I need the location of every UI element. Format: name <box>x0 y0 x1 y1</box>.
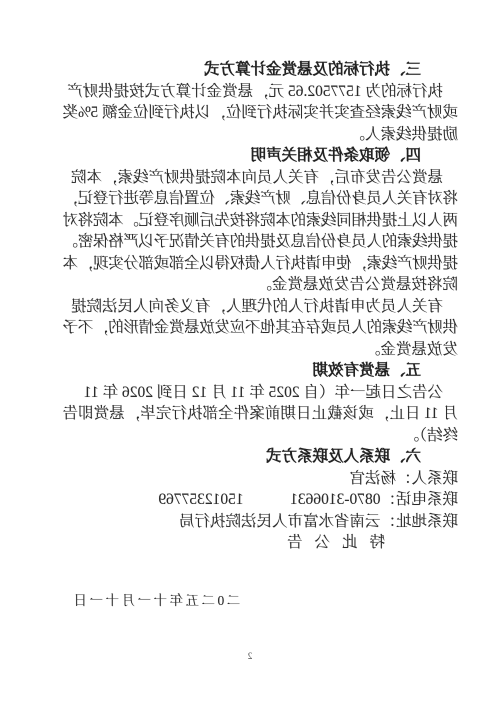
paragraph-line: 有关人员为申请执行人的代理人，有义务向人民法院提 <box>63 296 458 318</box>
paragraph-line: 供财产线索的人员或存在其他不应发放悬赏金情形的，不予 <box>63 317 458 339</box>
closing-line: 特此公告 <box>63 532 458 554</box>
paragraph-line: 将对有关人员身份信息、财产线索、位置信息等进行登记， <box>63 188 458 210</box>
document-body: 三、执行标的及悬赏金计算方式执行标的为 1577502.65 元，悬赏金计算方式… <box>63 59 458 611</box>
paragraph-line: 两人以上提供相同线索的本院将按先后顺序登记。本院将对 <box>63 210 458 232</box>
mirrored-scan-content: 三、执行标的及悬赏金计算方式执行标的为 1577502.65 元，悬赏金计算方式… <box>0 0 500 707</box>
paragraph-line: 悬赏公告发布后，有关人员向本院提供财产线索，本院 <box>63 167 458 189</box>
paragraph-line: 提供线索的人员身份信息及提供的有关情况予以严格保密。 <box>63 231 458 253</box>
page-number: 2 <box>0 650 500 662</box>
paragraph-line: 励提供线索人。 <box>63 124 458 146</box>
contact-line: 联系电话：0870-3106631 15012357769 <box>63 489 458 511</box>
section-heading: 六、联系人及联系方式 <box>63 446 458 468</box>
scanned-document-page: 三、执行标的及悬赏金计算方式执行标的为 1577502.65 元，悬赏金计算方式… <box>0 0 500 707</box>
paragraph-line: 提供财产线索，使申请执行人债权得以全部或部分实现，本 <box>63 253 458 275</box>
paragraph-line: 执行标的为 1577502.65 元，悬赏金计算方式按提供财产 <box>63 81 458 103</box>
section-heading: 四、领取条件及相关声明 <box>63 145 458 167</box>
paragraph-line: 终结）。 <box>63 425 458 447</box>
contact-line: 联系地址：云南省水富市人民法院执行局 <box>63 511 458 533</box>
paragraph-line: 发放悬赏金。 <box>63 339 458 361</box>
paragraph-line: 月 11 日止，或该截止日期前案件全部执行完毕，悬赏即告 <box>63 403 458 425</box>
date-line: 二0二五年十一月十一日 <box>63 590 458 612</box>
paragraph-line: 公告之日起一年（自 2025 年 11 月 12 日到 2026 年 11 <box>63 382 458 404</box>
contact-line: 联系人：杨法官 <box>63 468 458 490</box>
paragraph-line: 或财产线索经查实并实际执行到位，以执行到位金额 5%奖 <box>63 102 458 124</box>
section-heading: 五、悬赏有效期 <box>63 360 458 382</box>
paragraph-line: 院将按悬赏公告发放悬赏金。 <box>63 274 458 296</box>
section-heading: 三、执行标的及悬赏金计算方式 <box>63 59 458 81</box>
